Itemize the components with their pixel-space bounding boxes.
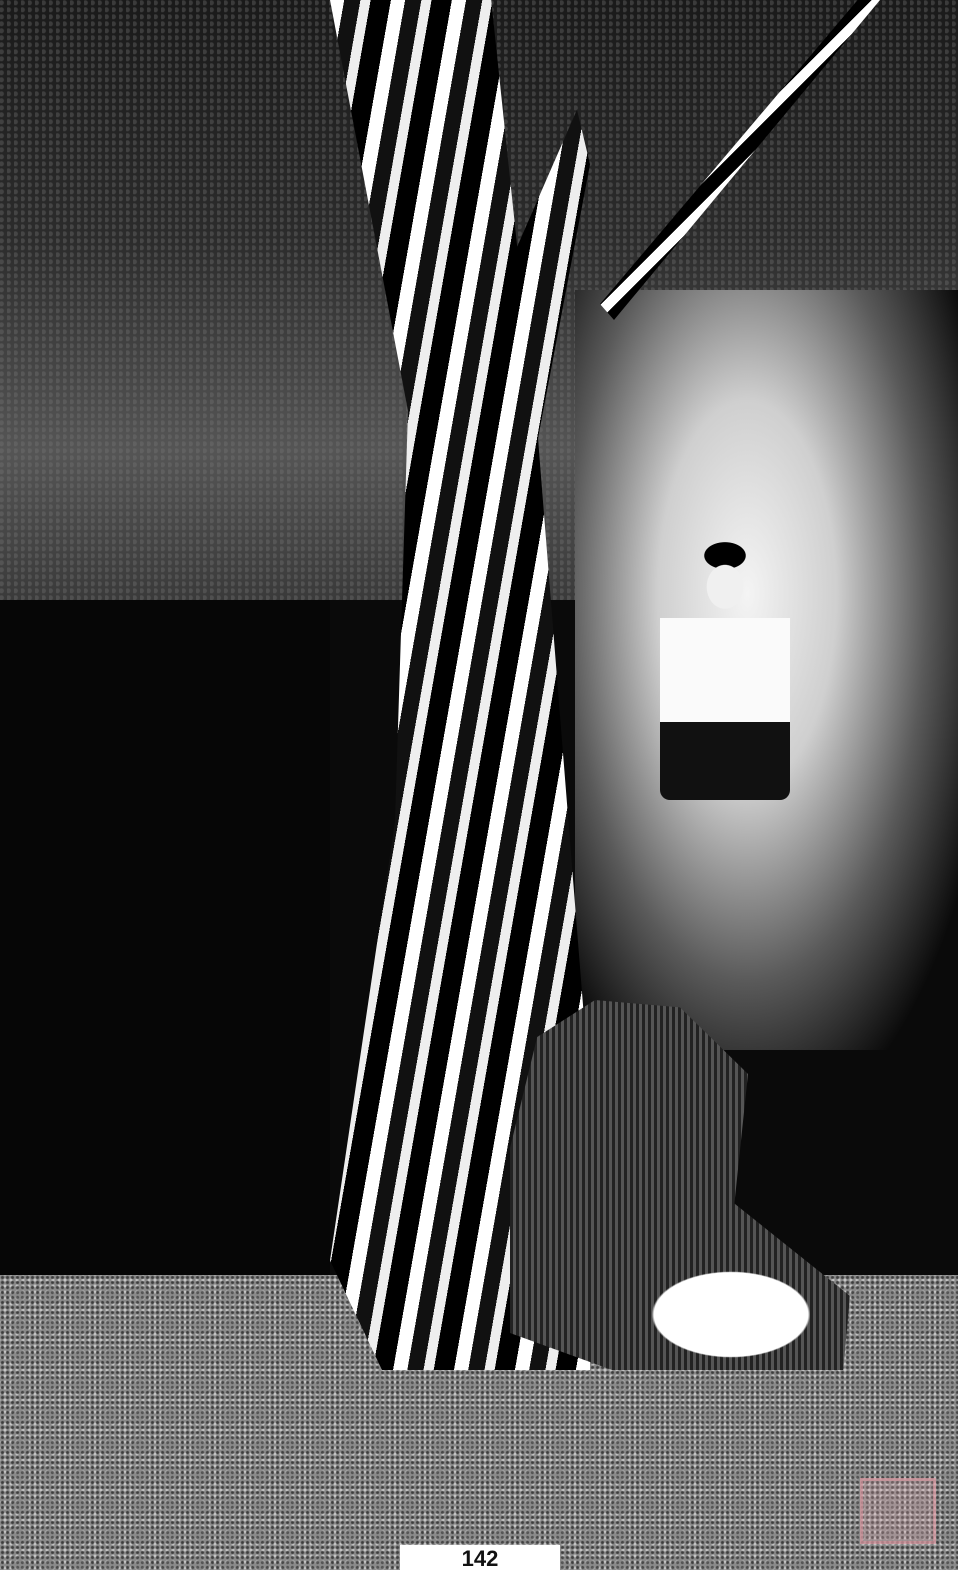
standing-girl-figure [660,540,790,800]
dark-wall [0,600,330,1280]
manga-page: 142 [0,0,958,1570]
sitting-couple-figure [510,1000,850,1370]
page-number: 142 [400,1545,560,1570]
library-stamp [860,1478,936,1544]
